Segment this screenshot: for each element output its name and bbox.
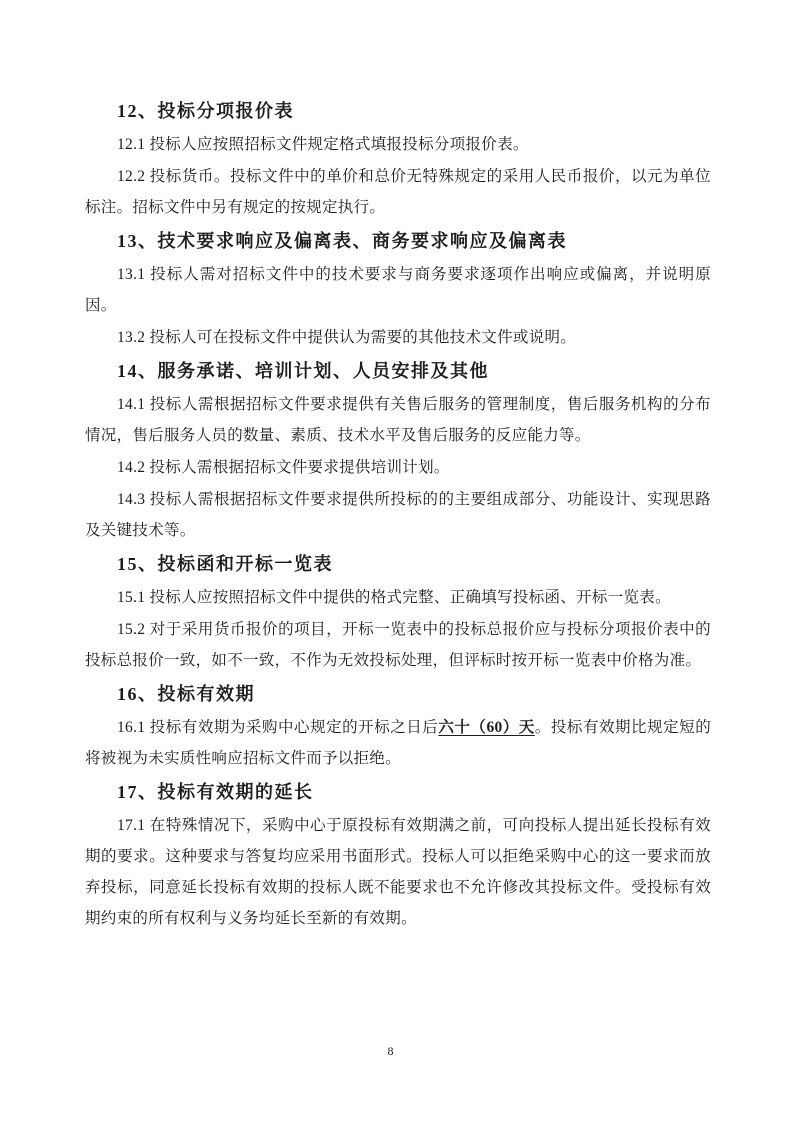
document-content: 12、投标分项报价表 12.1 投标人应按照招标文件规定格式填报投标分项报价表。… [85, 99, 711, 935]
para-16-1: 16.1 投标有效期为采购中心规定的开标之日后六十（60）天。投标有效期比规定短… [85, 712, 711, 774]
section-heading-15: 15、投标函和开标一览表 [85, 552, 711, 576]
validity-period-emphasis: 六十（60）天 [438, 719, 535, 736]
para-17-1: 17.1 在特殊情况下，采购中心于原投标有效期满之前，可向投标人提出延长投标有效… [85, 810, 711, 934]
section-heading-16: 16、投标有效期 [85, 682, 711, 706]
section-heading-12: 12、投标分项报价表 [85, 99, 711, 123]
para-12-2: 12.2 投标货币。投标文件中的单价和总价无特殊规定的采用人民币报价，以元为单位… [85, 161, 711, 223]
page-number: 8 [0, 1044, 781, 1059]
section-heading-14: 14、服务承诺、培训计划、人员安排及其他 [85, 359, 711, 383]
document-page: 12、投标分项报价表 12.1 投标人应按照招标文件规定格式填报投标分项报价表。… [0, 0, 793, 1122]
para-16-1-prefix: 16.1 投标有效期为采购中心规定的开标之日后 [117, 719, 438, 736]
para-15-2: 15.2 对于采用货币报价的项目，开标一览表中的投标总报价应与投标分项报价表中的… [85, 614, 711, 676]
para-14-1: 14.1 投标人需根据招标文件要求提供有关售后服务的管理制度，售后服务机构的分布… [85, 389, 711, 451]
para-14-2: 14.2 投标人需根据招标文件要求提供培训计划。 [85, 452, 711, 483]
para-13-1: 13.1 投标人需对招标文件中的技术要求与商务要求逐项作出响应或偏离，并说明原因… [85, 259, 711, 321]
para-14-3: 14.3 投标人需根据招标文件要求提供所投标的的主要组成部分、功能设计、实现思路… [85, 484, 711, 546]
section-heading-17: 17、投标有效期的延长 [85, 780, 711, 804]
para-15-1: 15.1 投标人应按照招标文件中提供的格式完整、正确填写投标函、开标一览表。 [85, 582, 711, 613]
para-12-1: 12.1 投标人应按照招标文件规定格式填报投标分项报价表。 [85, 129, 711, 160]
section-heading-13: 13、技术要求响应及偏离表、商务要求响应及偏离表 [85, 229, 711, 253]
para-13-2: 13.2 投标人可在投标文件中提供认为需要的其他技术文件或说明。 [85, 322, 711, 353]
